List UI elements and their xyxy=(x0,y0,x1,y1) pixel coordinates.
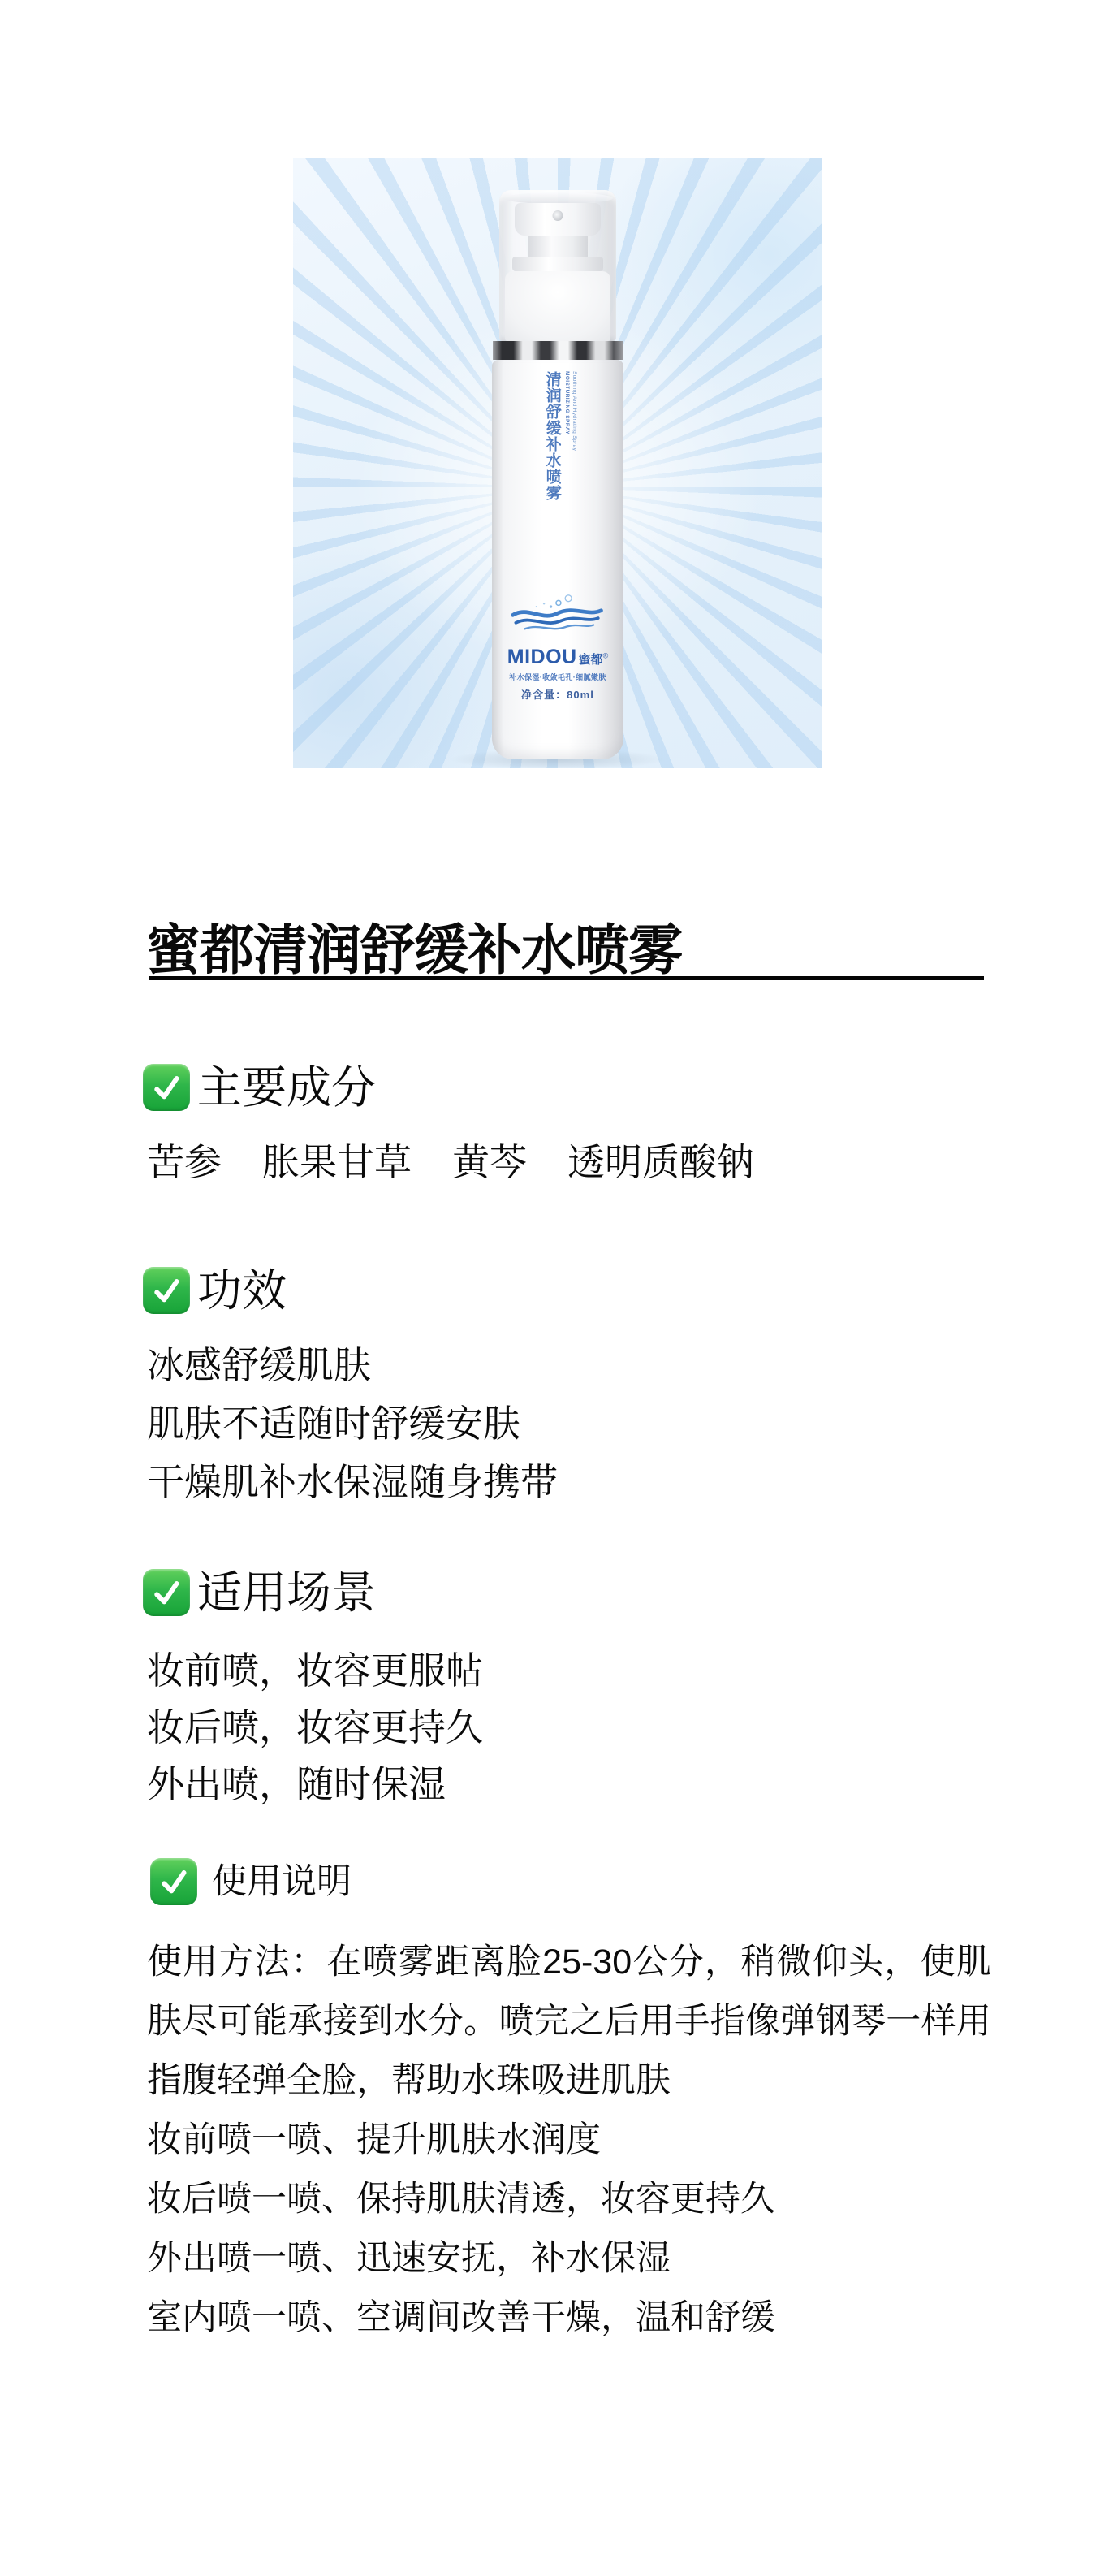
scene-line: 妆后喷，妆容更持久 xyxy=(147,1699,483,1756)
ingredient-item: 苦参 xyxy=(147,1140,222,1185)
bottle-vertical-cn: 清润舒缓补水喷雾 xyxy=(544,371,561,501)
spray-bottle: 清润舒缓补水喷雾 MOISTURIZING SPRAY Soothing And… xyxy=(293,158,822,768)
nozzle-hole xyxy=(553,210,563,221)
effect-line: 干燥肌补水保湿随身携带 xyxy=(147,1453,558,1511)
green-check-icon xyxy=(143,1569,190,1616)
wave-logo-icon xyxy=(508,592,607,635)
green-check-icon xyxy=(143,1267,190,1314)
section-heading-ingredients: 主要成分 xyxy=(143,1064,376,1111)
usage-line: 妆后喷一喷、保持肌肤清透，妆容更持久 xyxy=(147,2170,991,2229)
scenes-list: 妆前喷，妆容更服帖 妆后喷，妆容更持久 外出喷，随时保湿 xyxy=(147,1642,483,1813)
usage-line: 外出喷一喷、迅速安抚，补水保湿 xyxy=(147,2229,991,2289)
usage-instructions: 使用方法：在喷雾距离脸25-30公分，稍微仰头，使肌肤尽可能承接到水分。喷完之后… xyxy=(147,1933,991,2348)
green-check-icon xyxy=(150,1858,197,1905)
bottle-shoulder xyxy=(505,271,610,341)
usage-paragraph: 使用方法：在喷雾距离脸25-30公分，稍微仰头，使肌肤尽可能承接到水分。喷完之后… xyxy=(147,1933,991,2111)
chrome-band xyxy=(493,341,623,360)
brand-name-en: MIDOU xyxy=(507,646,577,668)
ingredient-item: 黄芩 xyxy=(452,1140,527,1185)
scene-line: 外出喷，随时保湿 xyxy=(147,1756,483,1813)
registered-mark: ® xyxy=(603,652,609,660)
bottle-body: 清润舒缓补水喷雾 MOISTURIZING SPRAY Soothing And… xyxy=(492,360,623,759)
usage-line: 妆前喷一喷、提升肌肤水润度 xyxy=(147,2111,991,2170)
effects-list: 冰感舒缓肌肤 肌肤不适随时舒缓安肤 干燥肌补水保湿随身携带 xyxy=(147,1336,558,1511)
section-heading-scenes: 适用场景 xyxy=(143,1569,376,1616)
section-heading-label: 适用场景 xyxy=(197,1571,376,1615)
brand-row: MIDOU蜜都® xyxy=(492,646,623,669)
title-divider xyxy=(149,976,984,980)
ingredients-list: 苦参 胀果甘草 黄芩 透明质酸钠 xyxy=(147,1140,754,1185)
section-heading-label: 使用说明 xyxy=(212,1865,352,1900)
product-detail-page: 清润舒缓补水喷雾 MOISTURIZING SPRAY Soothing And… xyxy=(0,0,1113,2576)
effect-line: 肌肤不适随时舒缓安肤 xyxy=(147,1394,558,1453)
ingredient-item: 透明质酸钠 xyxy=(567,1140,754,1185)
scene-line: 妆前喷，妆容更服帖 xyxy=(147,1642,483,1699)
ingredient-item: 胀果甘草 xyxy=(262,1140,412,1185)
pump-stem xyxy=(528,236,588,257)
net-content: 净含量：80ml xyxy=(492,686,623,702)
product-image: 清润舒缓补水喷雾 MOISTURIZING SPRAY Soothing And… xyxy=(293,158,822,768)
pump-base xyxy=(512,257,603,271)
effect-line: 冰感舒缓肌肤 xyxy=(147,1336,558,1394)
green-check-icon xyxy=(143,1064,190,1111)
section-heading-label: 功效 xyxy=(197,1269,287,1313)
brand-name-cn: 蜜都 xyxy=(579,653,603,667)
section-heading-effects: 功效 xyxy=(143,1267,287,1314)
bottle-tagline: 补水保湿·收敛毛孔·细腻嫩肤 xyxy=(492,672,623,682)
usage-line: 室内喷一喷、空调间改善干燥，温和舒缓 xyxy=(147,2289,991,2348)
bottle-vertical-en-2: Soothing And Hydrating Spray xyxy=(572,371,577,501)
bottle-vertical-label: 清润舒缓补水喷雾 MOISTURIZING SPRAY Soothing And… xyxy=(544,371,577,501)
bottle-vertical-en: MOISTURIZING SPRAY Soothing And Hydratin… xyxy=(564,371,577,501)
section-heading-label: 主要成分 xyxy=(197,1065,376,1110)
spray-nozzle xyxy=(515,203,601,236)
bottle-vertical-en-1: MOISTURIZING SPRAY xyxy=(564,371,570,501)
page-title: 蜜都清润舒缓补水喷雾 xyxy=(146,918,682,983)
section-heading-usage: 使用说明 xyxy=(150,1858,352,1905)
